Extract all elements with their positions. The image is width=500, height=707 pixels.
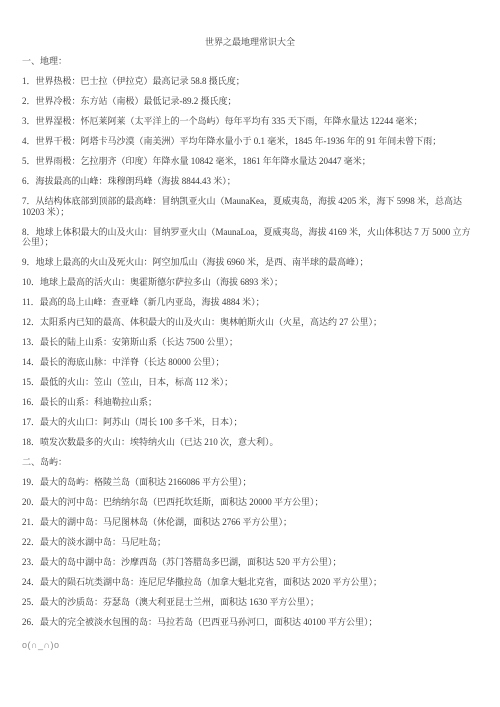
list-item: 14．最长的海底山脉：中洋脊（长达 80000 公里）；: [22, 357, 478, 368]
list-item: 6．海拔最高的山峰：珠穆朗玛峰（海拔 8844.43 米）；: [22, 176, 478, 187]
document-page: 世界之最地理常识大全 一、地理： 1．世界热极：巴士拉（伊拉克）最高记录 58.…: [0, 0, 500, 707]
list-item: 18．喷发次数最多的火山：埃特纳火山（已达 210 次，意大利）。: [22, 437, 478, 448]
list-item: 7．从结构体底部到顶部的最高峰：冒纳凯亚火山（MaunaKea，夏威夷岛，海拔 …: [22, 196, 478, 217]
list-item: 2．世界冷极：东方站（南极）最低记录-89.2 摄氏度；: [22, 96, 478, 107]
list-item: 26．最大的完全被淡水包围的岛：马拉若岛（巴西亚马孙河口，面积达 40100 平…: [22, 617, 478, 628]
list-item: 4．世界干极：阿塔卡马沙漠（南美洲）平均年降水量小于 0.1 毫米，1845 年…: [22, 136, 478, 147]
list-item: 16．最长的山系：科迪勒拉山系；: [22, 397, 478, 408]
footer-emoticon: o(∩_∩)o: [22, 640, 478, 650]
doc-title: 世界之最地理常识大全: [22, 37, 478, 48]
list-item: 3．世界湿极：怀厄莱阿莱（太平洋上的一个岛屿）每年平均有 335 天下雨，年降水…: [22, 116, 478, 127]
list-item: 11．最高的岛上山峰：查亚峰（新几内亚岛，海拔 4884 米）；: [22, 297, 478, 308]
list-item: 20．最大的河中岛：巴纳纳尔岛（巴西托坎廷斯，面积达 20000 平方公里）；: [22, 497, 478, 508]
list-item: 25．最大的沙质岛：芬瑟岛（澳大利亚昆士兰州，面积达 1630 平方公里）；: [22, 597, 478, 608]
list-item: 21．最大的湖中岛：马尼图林岛（休伦湖，面积达 2766 平方公里）；: [22, 517, 478, 528]
list-item: 9．地球上最高的火山及死火山：阿空加瓜山（海拔 6960 米，是西、南半球的最高…: [22, 257, 478, 268]
list-item: 24．最大的陨石坑类湖中岛：连尼尼华撒拉岛（加拿大魁北克省，面积达 2020 平…: [22, 577, 478, 588]
list-item: 23．最大的岛中湖中岛：沙摩西岛（苏门答腊岛多巴湖，面积达 520 平方公里）；: [22, 557, 478, 568]
list-item: 8．地球上体积最大的山及火山：冒纳罗亚火山（MaunaLoa，夏威夷岛，海拔 4…: [22, 227, 478, 248]
list-item: 13．最长的陆上山系：安第斯山系（长达 7500 公里）；: [22, 337, 478, 348]
list-item: 1．世界热极：巴士拉（伊拉克）最高记录 58.8 摄氏度；: [22, 76, 478, 87]
list-item: 12．太阳系内已知的最高、体积最大的山及火山：奥林帕斯火山（火星，高达约 27 …: [22, 317, 478, 328]
list-item: 22．最大的淡水湖中岛：马尼吐岛；: [22, 537, 478, 548]
section-heading-geography: 一、地理：: [22, 56, 478, 67]
section-heading-islands: 二、岛屿：: [22, 457, 478, 468]
list-item: 5．世界雨极：乞拉朋齐（印度）年降水量 10842 毫米，1861 年年降水量达…: [22, 156, 478, 167]
list-item: 17．最大的火山口：阿苏山（周长 100 多千米，日本）；: [22, 417, 478, 428]
list-item: 19．最大的岛屿：格陵兰岛（面积达 2166086 平方公里）；: [22, 477, 478, 488]
list-item: 10．地球上最高的活火山：奥霍斯德尔萨拉多山（海拔 6893 米）；: [22, 277, 478, 288]
list-item: 15．最低的火山：笠山（笠山，日本，标高 112 米）；: [22, 377, 478, 388]
